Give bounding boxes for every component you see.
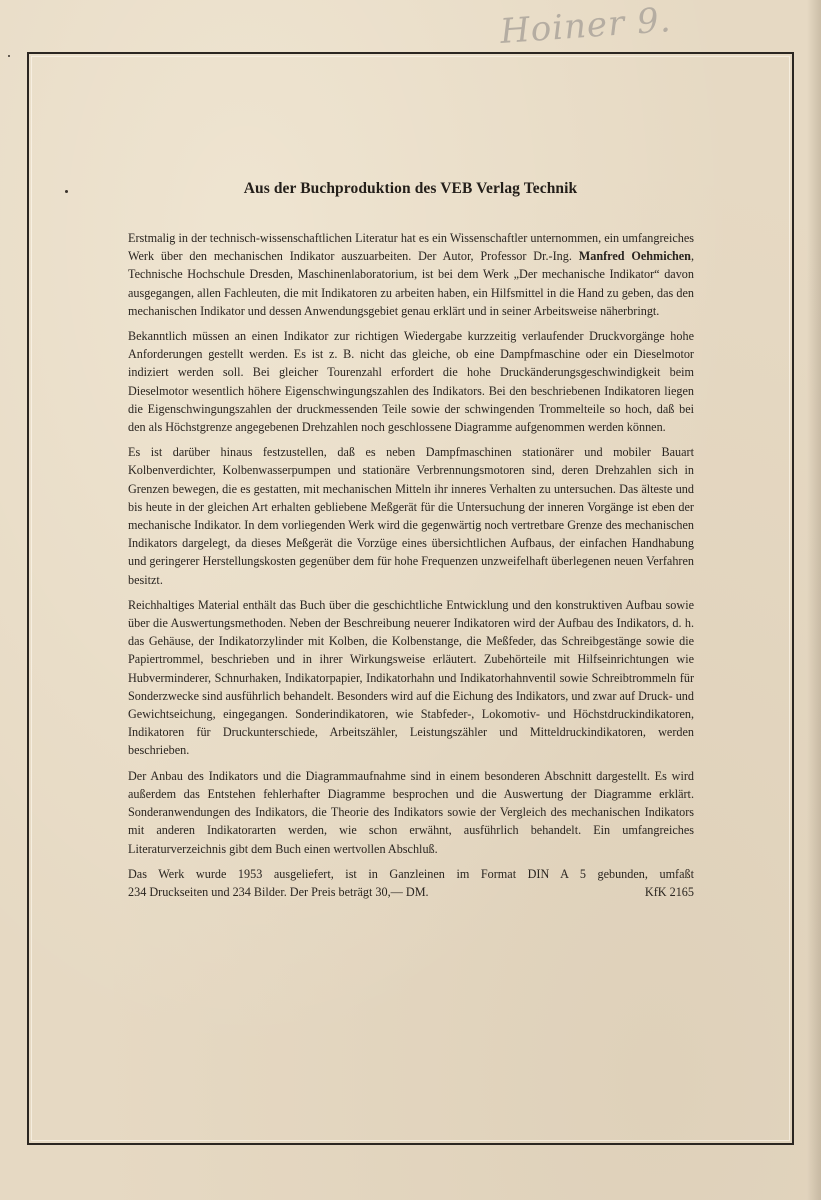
speck-mark bbox=[8, 55, 10, 57]
publication-details-line2: 234 Druckseiten und 234 Bilder. Der Prei… bbox=[128, 883, 694, 901]
reference-code: KfK 2165 bbox=[645, 883, 694, 901]
paragraph-intro: Erstmalig in der technisch-wissenschaftl… bbox=[128, 229, 694, 320]
article-body: Erstmalig in der technisch-wissenschaftl… bbox=[128, 229, 694, 901]
paragraph-diagrams: Der Anbau des Indikators und die Diagram… bbox=[128, 767, 694, 858]
author-name: Manfred Oehmichen bbox=[579, 249, 691, 263]
paragraph-requirements: Bekanntlich müssen an einen Indikator zu… bbox=[128, 327, 694, 436]
publication-details-price: 234 Druckseiten und 234 Bilder. Der Prei… bbox=[128, 883, 429, 901]
handwritten-note: Hoiner 9. bbox=[499, 0, 673, 52]
paragraph-contents: Reichhaltiges Material enthält das Buch … bbox=[128, 596, 694, 760]
publication-details-line1: Das Werk wurde 1953 ausgeliefert, ist in… bbox=[128, 865, 694, 883]
paragraph-applications: Es ist darüber hinaus festzustellen, daß… bbox=[128, 443, 694, 589]
publication-details: Das Werk wurde 1953 ausgeliefert, ist in… bbox=[128, 865, 694, 901]
page-title: Aus der Buchproduktion des VEB Verlag Te… bbox=[0, 180, 821, 198]
